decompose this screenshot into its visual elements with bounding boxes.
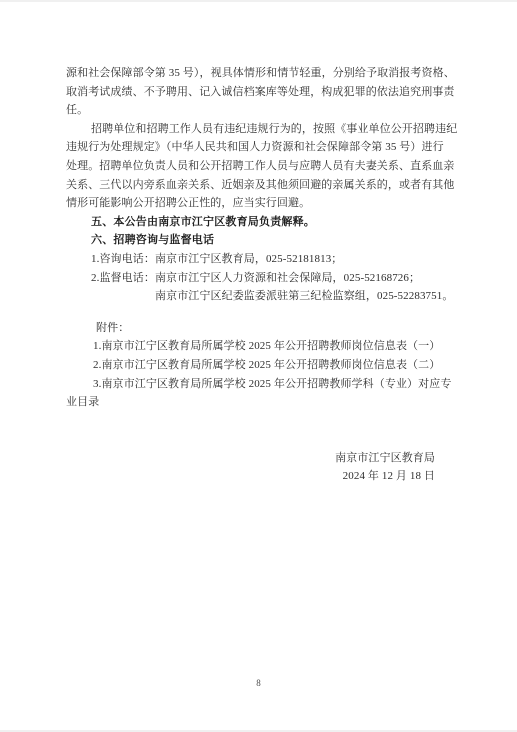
section-heading-6: 六、招聘咨询与监督电话 (66, 231, 464, 250)
attachment-item-wrap: 业目录 (66, 393, 464, 412)
body-line: 关系、三代以内旁系血亲关系、近姻亲及其他须回避的亲属关系的，或者有其他 (66, 176, 464, 195)
body-line: 情形可能影响公开招聘公正性的，应当实行回避。 (66, 194, 464, 213)
consult-phone-line: 1.咨询电话：南京市江宁区教育局，025-52181813； (66, 250, 464, 269)
attachments-label: 附件： (66, 319, 464, 338)
attachment-item: 2.南京市江宁区教育局所属学校 2025 年公开招聘教师岗位信息表（二） (66, 356, 464, 375)
document-page: 源和社会保障部令第 35 号），视具体情形和情节轻重，分别给予取消报考资格、 取… (0, 0, 517, 732)
signature-org: 南京市江宁区教育局 (66, 449, 464, 468)
body-line: 招聘单位和招聘工作人员有违纪违规行为的，按照《事业单位公开招聘违纪 (66, 120, 464, 139)
attachment-item: 1.南京市江宁区教育局所属学校 2025 年公开招聘教师岗位信息表（一） (66, 337, 464, 356)
attachment-item: 3.南京市江宁区教育局所属学校 2025 年公开招聘教师学科（专业）对应专 (66, 375, 464, 394)
body-line: 处理。招聘单位负责人员和公开招聘工作人员与应聘人员有夫妻关系、直系血亲 (66, 157, 464, 176)
document-body: 源和社会保障部令第 35 号），视具体情形和情节轻重，分别给予取消报考资格、 取… (66, 64, 464, 486)
body-line: 违规行为处理规定》（中华人民共和国人力资源和社会保障部令第 35 号）进行 (66, 138, 464, 157)
signature-date: 2024 年 12 月 18 日 (66, 467, 464, 486)
body-line: 取消考试成绩、不予聘用、记入诚信档案库等处理，构成犯罪的依法追究刑事责 (66, 83, 464, 102)
body-line: 任。 (66, 101, 464, 120)
section-heading-5: 五、本公告由南京市江宁区教育局负责解释。 (66, 213, 464, 232)
supervise-phone-line: 2.监督电话：南京市江宁区人力资源和社会保障局，025-52168726； (66, 269, 464, 288)
body-line: 源和社会保障部令第 35 号），视具体情形和情节轻重，分别给予取消报考资格、 (66, 64, 464, 83)
page-number: 8 (0, 677, 517, 689)
page-top-edge (0, 0, 517, 2)
supervise-phone-line-2: 南京市江宁区纪委监委派驻第三纪检监察组，025-52283751。 (66, 287, 464, 306)
